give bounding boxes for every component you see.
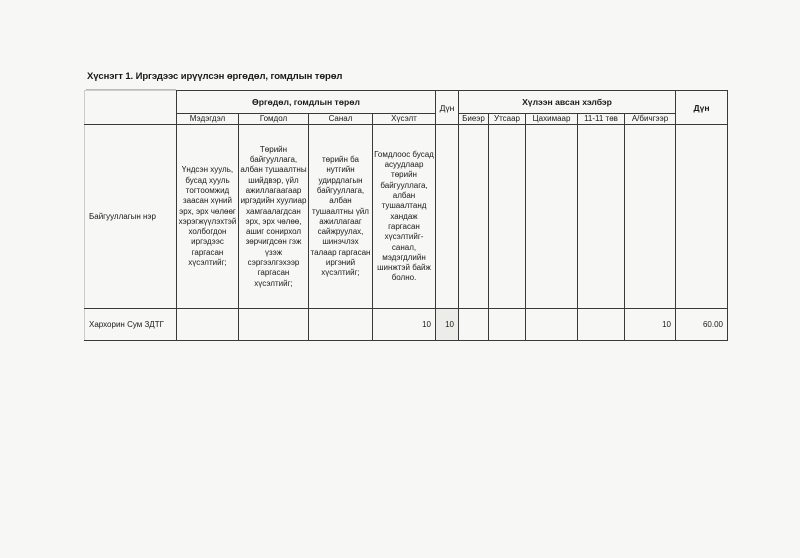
column-header-in-person: Биеэр: [459, 114, 489, 125]
empty-cell: [436, 125, 459, 309]
column-header-notice: Мэдэгдэл: [177, 114, 239, 125]
online-count: [526, 309, 578, 341]
request-count: 10: [373, 309, 436, 341]
in-person-count: [459, 309, 489, 341]
phone-count: [489, 309, 526, 341]
document-title: Хүснэгт 1. Иргэдээс ирүүлсэн өргөдөл, го…: [87, 71, 342, 82]
row-label: Байгууллагын нэр: [85, 125, 177, 309]
column-header-written: А/бичгээр: [625, 114, 676, 125]
definition-complaint: Төрийн байгууллага, албан тушаалтны шийд…: [239, 125, 309, 309]
1111-center-count: [578, 309, 625, 341]
empty-cell: [676, 125, 728, 309]
column-header-online: Цахимаар: [526, 114, 578, 125]
type-group-header: Өргөдөл, гомдлын төрөл: [177, 91, 436, 114]
definition-request: Гомдлоос бусад асуудлаар төрийн байгуулл…: [373, 125, 436, 309]
definition-row: Байгууллагын нэр Үндсэн хууль, бусад хуу…: [85, 125, 728, 309]
definition-suggestion: төрийн ба нутгийн удирдлагын байгууллага…: [309, 125, 373, 309]
channel-total: 60.00: [676, 309, 728, 341]
column-header-complaint: Гомдол: [239, 114, 309, 125]
type-total-header: Дүн: [436, 91, 459, 125]
column-header-suggestion: Санал: [309, 114, 373, 125]
suggestion-count: [309, 309, 373, 341]
empty-cell: [578, 125, 625, 309]
column-header-1111-center: 11-11 төв: [578, 114, 625, 125]
column-header-phone: Утсаар: [489, 114, 526, 125]
empty-cell: [625, 125, 676, 309]
empty-cell: [459, 125, 489, 309]
channel-group-header: Хүлээн авсан хэлбэр: [459, 91, 676, 114]
appeals-table: Өргөдөл, гомдлын төрөл Дүн Хүлээн авсан …: [84, 90, 728, 341]
channel-total-header: Дүн: [676, 91, 728, 125]
complaint-count: [239, 309, 309, 341]
definition-notice: Үндсэн хууль, бусад хууль тогтоомжид заа…: [177, 125, 239, 309]
table-row: Хархорин Сум ЗДТГ 10 10 10 60.00: [85, 309, 728, 341]
empty-cell: [526, 125, 578, 309]
corner-cell: [85, 91, 177, 125]
written-count: 10: [625, 309, 676, 341]
organization-name: Хархорин Сум ЗДТГ: [85, 309, 177, 341]
notice-count: [177, 309, 239, 341]
empty-cell: [489, 125, 526, 309]
column-header-request: Хүсэлт: [373, 114, 436, 125]
type-total: 10: [436, 309, 459, 341]
